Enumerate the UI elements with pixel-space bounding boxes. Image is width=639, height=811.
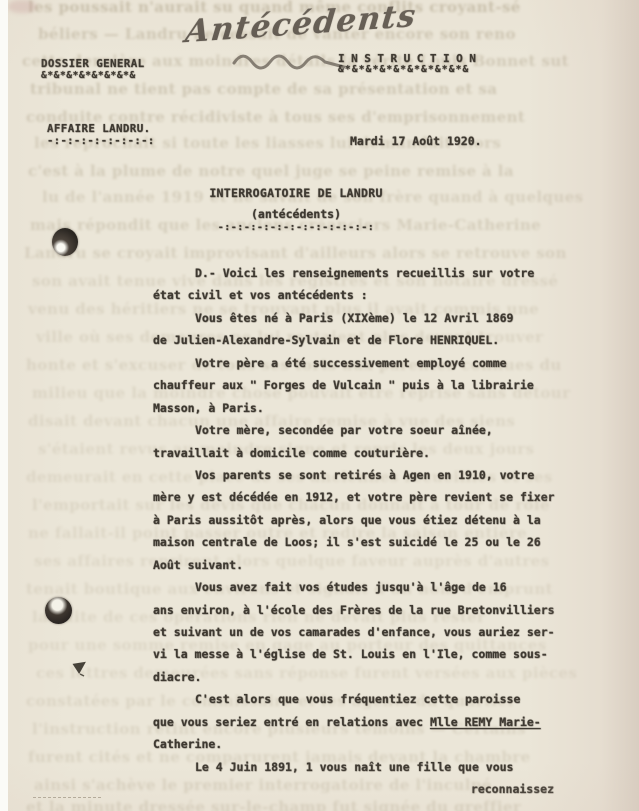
typed-line: Le 4 Juin 1891, 1 vous naît une fille qu… xyxy=(153,760,554,782)
typed-line: maison centrale de Loos; il s'est suicid… xyxy=(153,535,554,557)
typed-line: état civil et vos antécédents : xyxy=(153,288,554,310)
title-separator: -:-:-:-:-:-:-:-:-:-:-:-: xyxy=(190,222,402,233)
typed-line: D.- Voici les renseignements recueillis … xyxy=(153,266,554,288)
case-label: AFFAIRE LANDRU. -:-:-:-:-:-:-:-: xyxy=(47,123,155,147)
typed-line: chauffeur aux " Forges de Vulcain " puis… xyxy=(153,378,554,400)
typed-line: Votre père a été successivement employé … xyxy=(153,356,554,378)
bleedthrough-line: tribunal ne tient pas compte de sa prése… xyxy=(30,80,497,98)
typed-text: Vos parents se sont retirés à Agen en 19… xyxy=(195,468,534,482)
typed-line: travaillait à domicile comme couturière. xyxy=(153,446,554,468)
bleedthrough-line: c'est à la plume de notre quel juge se p… xyxy=(28,162,514,180)
typed-line: à Paris aussitôt après, alors que vous é… xyxy=(153,513,554,535)
typed-line: que vous seriez entré en relations avec … xyxy=(153,715,554,737)
typed-line: vi la messe à l'église de St. Louis en l… xyxy=(153,647,554,669)
faint-dash-line xyxy=(33,797,101,798)
typed-line: et suivant un de vos camarades d'enfance… xyxy=(153,625,554,647)
document-title: INTERROGATOIRE DE LANDRU xyxy=(190,186,402,200)
typed-text: Masson, à Paris. xyxy=(153,401,264,415)
typed-text: Vous avez fait vos études jusqu'à l'âge … xyxy=(195,580,507,594)
typed-text: reconnaissez xyxy=(471,782,554,796)
typed-text: Catherine. xyxy=(153,737,222,751)
typed-text: diacre. xyxy=(153,670,201,684)
typed-text: Votre père a été successivement employé … xyxy=(195,356,507,370)
book-scan: les poussait n'aurait su quand même conf… xyxy=(0,0,639,811)
typed-line: diacre. xyxy=(153,670,554,692)
typed-text: état civil et vos antécédents : xyxy=(153,288,368,302)
typed-text: Août suivant. xyxy=(153,558,243,572)
typed-text: vi la messe à l'église de St. Louis en l… xyxy=(153,647,548,661)
hole-punch-bottom xyxy=(45,597,72,624)
typed-text: à Paris aussitôt après, alors que vous é… xyxy=(153,513,541,527)
typed-underlined-text: Mlle REMY Marie- xyxy=(430,715,541,729)
typed-text: que vous seriez entré en relations avec xyxy=(153,715,430,729)
typed-line: Vous avez fait vos études jusqu'à l'âge … xyxy=(153,580,554,602)
typed-line: Août suivant. xyxy=(153,558,554,580)
pen-check-mark xyxy=(68,658,94,680)
typed-text: et suivant un de vos camarades d'enfance… xyxy=(153,625,555,639)
corner-smudge xyxy=(8,0,36,13)
typed-text: Vous êtes né à Paris (XIXème) le 12 Avri… xyxy=(195,311,514,325)
document-title-block: INTERROGATOIRE DE LANDRU (antécédents) -… xyxy=(190,186,402,233)
stamp-dossier-general: DOSSIER GENERAL &*&*&*&*&*&*&*& xyxy=(41,58,145,81)
typed-text: chauffeur aux " Forges de Vulcain " puis… xyxy=(153,378,534,392)
typed-line: Masson, à Paris. xyxy=(153,401,554,423)
typed-text: C'est alors que vous fréquentiez cette p… xyxy=(195,692,520,706)
typed-text: D.- Voici les renseignements recueillis … xyxy=(195,266,534,280)
typed-body-text: D.- Voici les renseignements recueillis … xyxy=(153,266,554,805)
typed-text: Votre mère, secondée par votre soeur aîn… xyxy=(195,423,493,437)
hole-punch-top xyxy=(52,228,78,256)
typed-line: Vous êtes né à Paris (XIXème) le 12 Avri… xyxy=(153,311,554,333)
typed-text: maison centrale de Loos; il s'est suicid… xyxy=(153,535,541,549)
typed-text: ans environ, à l'école des Frères de la … xyxy=(153,603,555,617)
document-date: Mardi 17 Août 1920. xyxy=(350,134,482,148)
stamp-dossier-underline: &*&*&*&*&*&*&*& xyxy=(41,70,136,81)
typed-line: reconnaissez xyxy=(153,782,554,804)
typed-line: mère y est décédée en 1912, et votre pèr… xyxy=(153,490,554,512)
typed-line: Vos parents se sont retirés à Agen en 19… xyxy=(153,468,554,490)
typed-text: travaillait à domicile comme couturière. xyxy=(153,446,430,460)
typed-line: de Julien-Alexandre-Sylvain et de Flore … xyxy=(153,333,554,355)
document-subtitle: (antécédents) xyxy=(190,207,402,221)
stamp-dossier-text: DOSSIER GENERAL xyxy=(41,57,145,70)
typed-text: de Julien-Alexandre-Sylvain et de Flore … xyxy=(153,333,499,347)
typed-line: ans environ, à l'école des Frères de la … xyxy=(153,603,554,625)
bleedthrough-line: Landru se croyait improvisant d'ailleurs… xyxy=(24,244,567,262)
case-label-underline: -:-:-:-:-:-:-:-: xyxy=(47,135,155,147)
scanned-document-page: les poussait n'aurait su quand même conf… xyxy=(8,0,639,811)
typed-text: mère y est décédée en 1912, et votre pèr… xyxy=(153,490,555,504)
stamp-instruction-underline: &*&*&*&*&*&*&*&*&*& xyxy=(338,65,482,75)
typed-line: C'est alors que vous fréquentiez cette p… xyxy=(153,692,554,714)
stamp-instruction: INSTRUCTION &*&*&*&*&*&*&*&*&*& xyxy=(338,53,482,75)
typed-line: Votre mère, secondée par votre soeur aîn… xyxy=(153,423,554,445)
typed-text: Le 4 Juin 1891, 1 vous naît une fille qu… xyxy=(195,760,514,774)
typed-line: Catherine. xyxy=(153,737,554,759)
case-label-text: AFFAIRE LANDRU. xyxy=(47,122,151,135)
